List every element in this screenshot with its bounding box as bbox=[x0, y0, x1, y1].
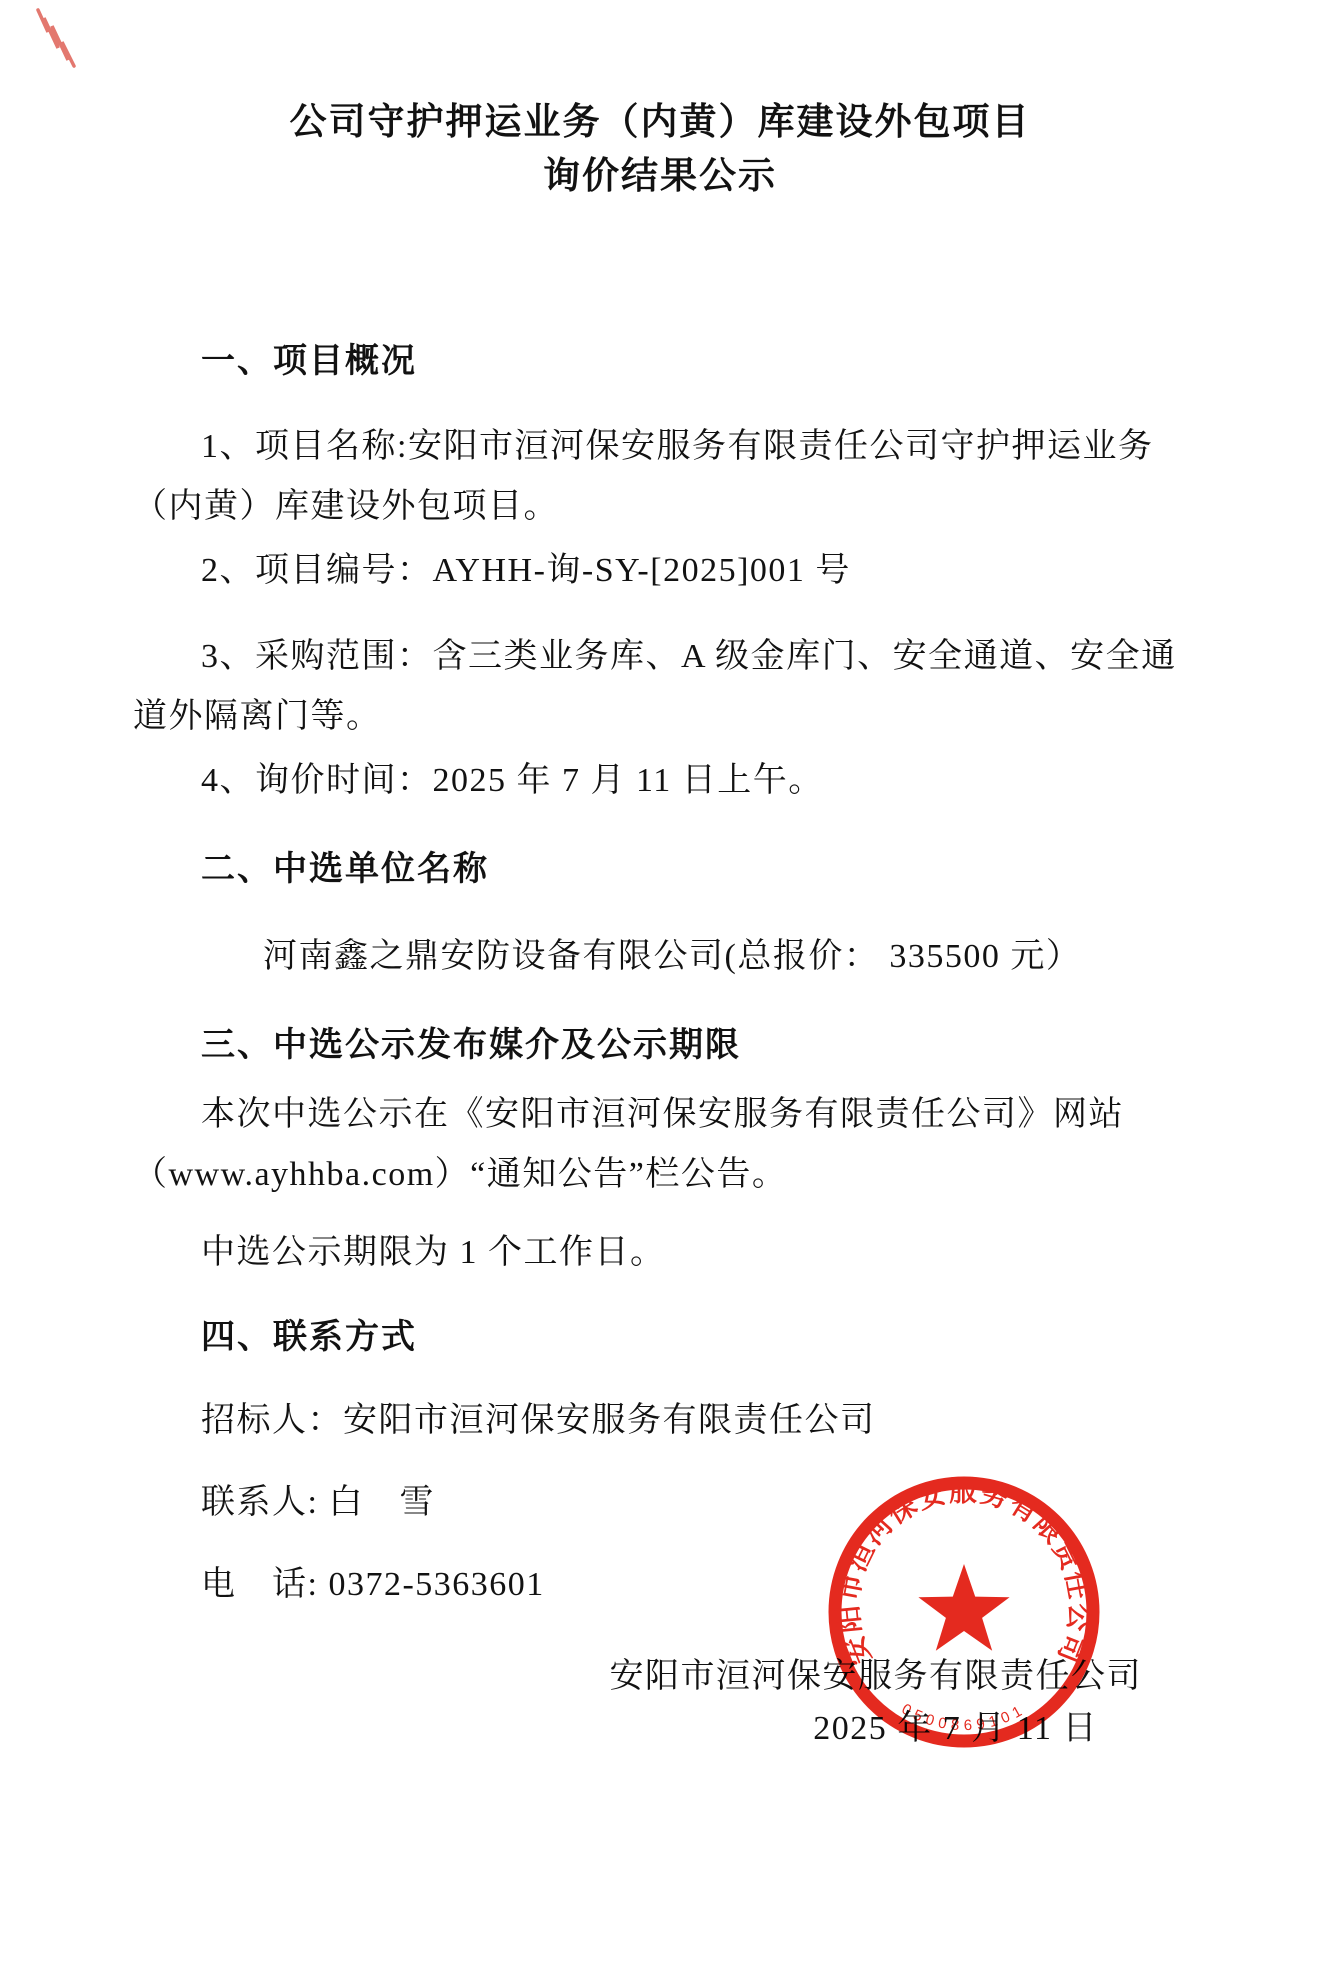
winner-company: 河南鑫之鼎安防设备有限公司(总报价： 335500 元） bbox=[133, 934, 1320, 980]
document-title-line1: 公司守护押运业务（内黄）库建设外包项目 bbox=[0, 98, 1320, 148]
project-number: 2、项目编号：AYHH-询-SY-[2025]001 号 bbox=[133, 548, 1261, 594]
section2-heading: 二、中选单位名称 bbox=[133, 846, 1261, 892]
project-name-line1: 1、项目名称:安阳市洹河保安服务有限责任公司守护押运业务 bbox=[133, 424, 1261, 470]
bidder-line: 招标人：安阳市洹河保安服务有限责任公司 bbox=[133, 1398, 1261, 1444]
procurement-scope-line2: 道外隔离门等。 bbox=[133, 694, 1193, 740]
document-title-line2: 询价结果公示 bbox=[0, 152, 1320, 202]
pen-mark bbox=[24, 2, 94, 77]
project-name-line2: （内黄）库建设外包项目。 bbox=[133, 484, 1193, 530]
inquiry-time: 4、询价时间：2025 年 7 月 11 日上午。 bbox=[133, 758, 1261, 804]
document-page: 公司守护押运业务（内黄）库建设外包项目 询价结果公示 一、项目概况 1、项目名称… bbox=[0, 0, 1320, 1963]
company-seal: 安阳市洹河保安服务有限责任公司 0500869101 bbox=[794, 1442, 1134, 1782]
section4-heading: 四、联系方式 bbox=[133, 1314, 1261, 1360]
publish-media-line1: 本次中选公示在《安阳市洹河保安服务有限责任公司》网站 bbox=[133, 1092, 1261, 1138]
publicity-period: 中选公示期限为 1 个工作日。 bbox=[133, 1230, 1261, 1276]
section1-heading: 一、项目概况 bbox=[133, 338, 1261, 384]
seal-star-icon bbox=[918, 1564, 1009, 1651]
procurement-scope-line1: 3、采购范围：含三类业务库、A 级金库门、安全通道、安全通 bbox=[133, 634, 1261, 680]
section3-heading: 三、中选公示发布媒介及公示期限 bbox=[133, 1022, 1261, 1068]
publish-media-line2: （www.ayhhba.com）“通知公告”栏公告。 bbox=[133, 1152, 1193, 1198]
